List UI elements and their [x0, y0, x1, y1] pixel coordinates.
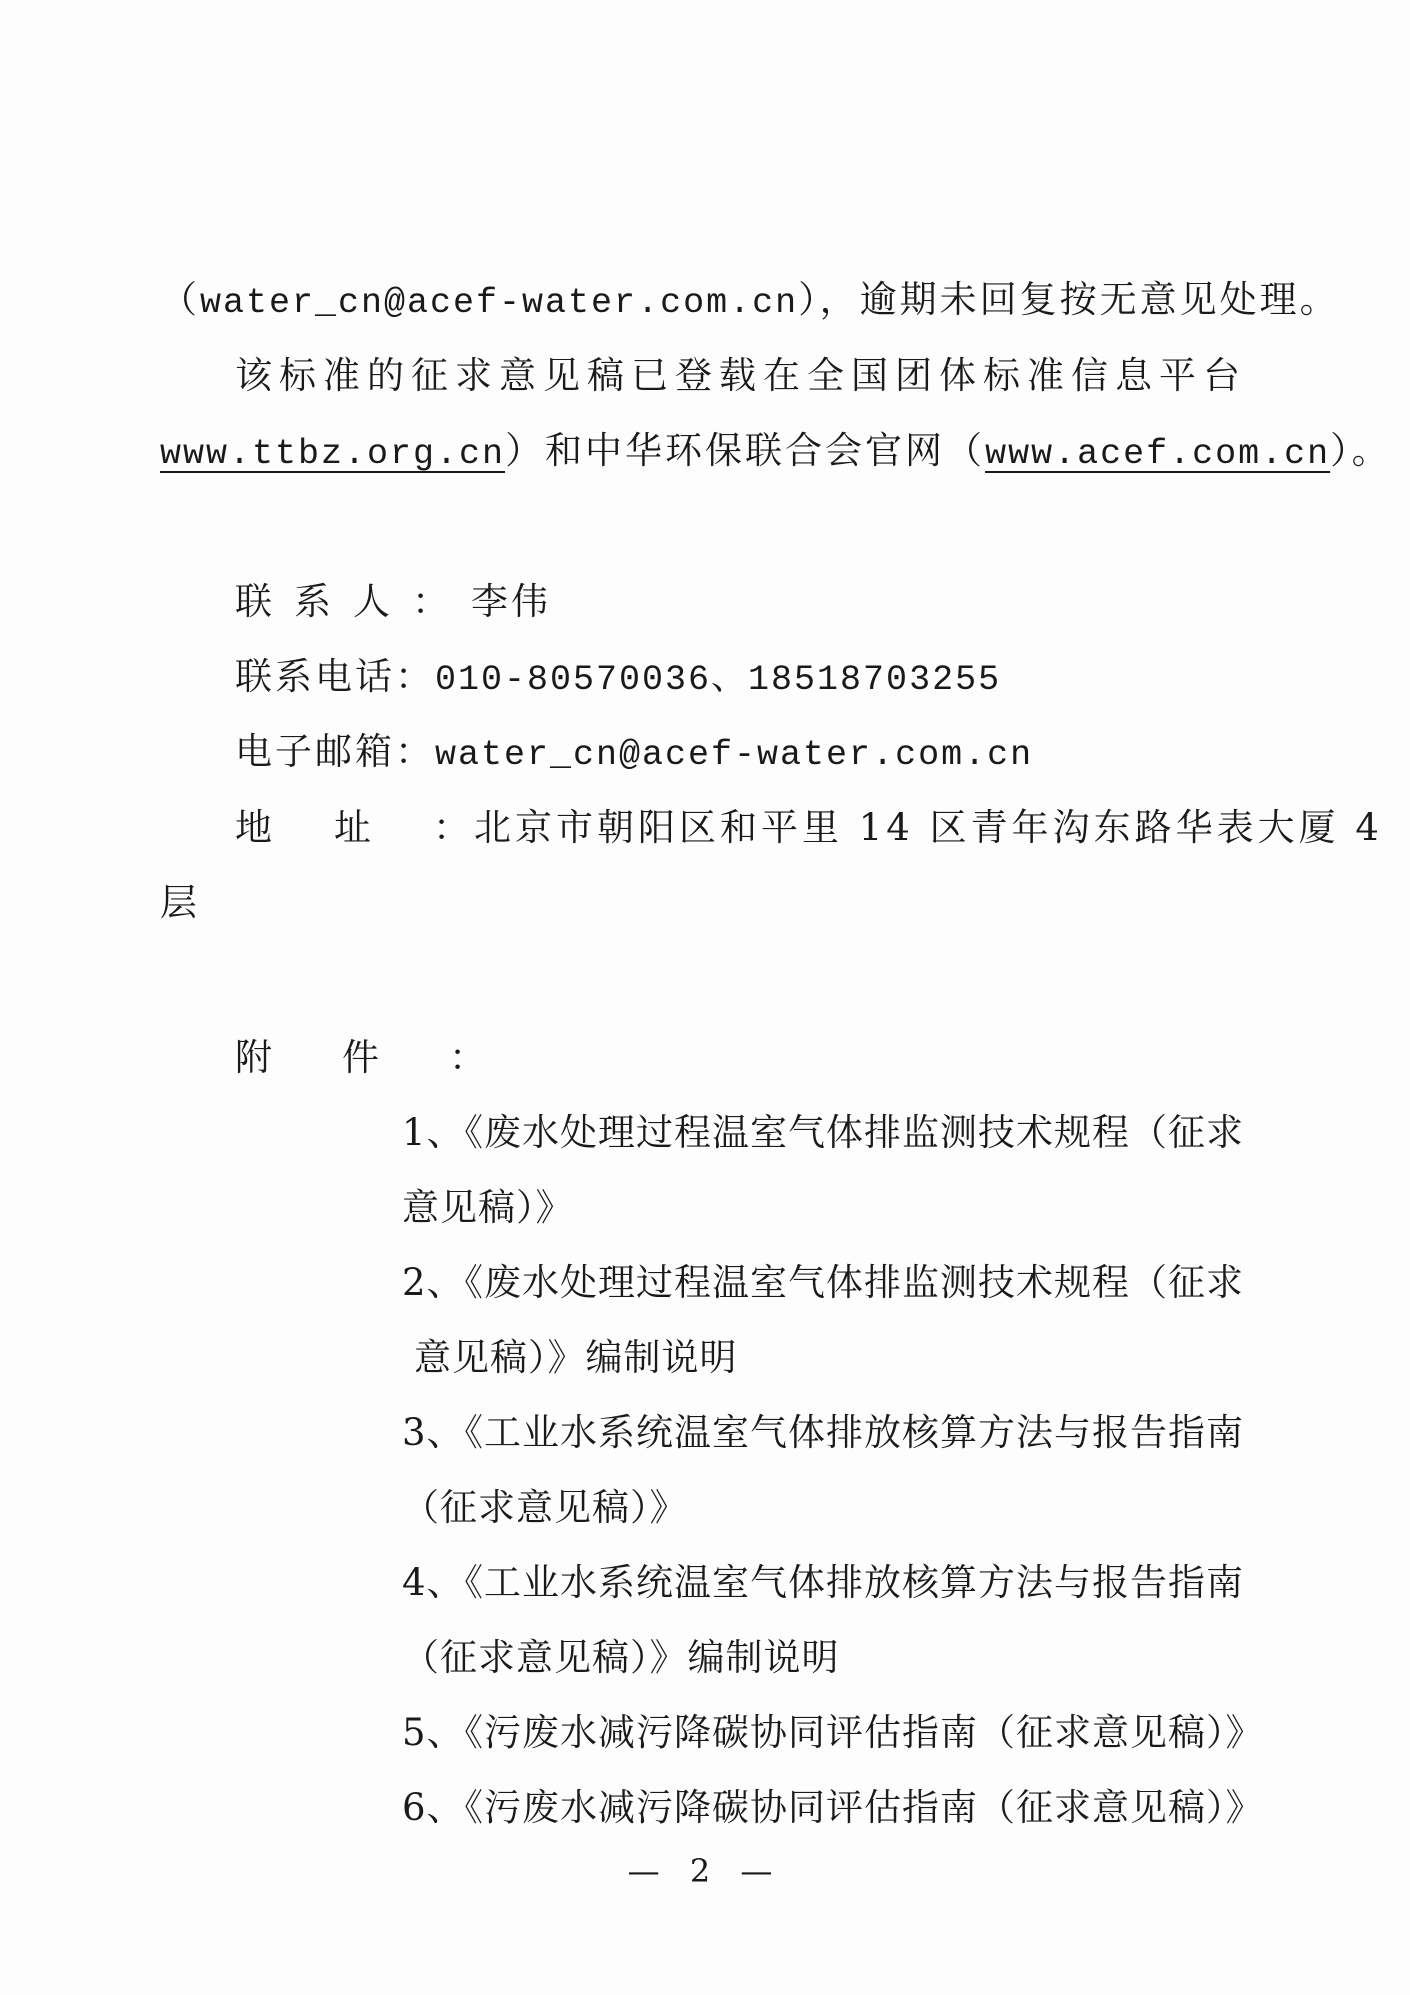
contact-person-line: 联系人：李伟: [235, 578, 551, 626]
contact-email-value: water_cn@acef-water.com.cn: [435, 735, 1033, 775]
attachment-item-2-line1: 2、《废水处理过程温室气体排监测技术规程（征求: [402, 1259, 1244, 1307]
contact-address-value: 北京市朝阳区和平里 14 区青年沟东路华表大厦 4: [474, 806, 1383, 849]
attachment-item-1-line1: 1、《废水处理过程温室气体排监测技术规程（征求: [402, 1109, 1244, 1157]
attachment-item-4-line1: 4、《工业水系统温室气体排放核算方法与报告指南: [402, 1559, 1244, 1607]
platform-paragraph-line2: www.ttbz.org.cn）和中华环保联合会官网（www.acef.com.…: [160, 427, 1392, 478]
ttbz-link[interactable]: www.ttbz.org.cn: [160, 434, 505, 474]
attachment-item-5: 5、《污废水减污降碳协同评估指南（征求意见稿）》: [402, 1709, 1264, 1757]
attachment-item-1-line2: 意见稿）》: [402, 1184, 574, 1232]
paragraph-end-text: ），逾期未回复按无意见处理。: [798, 278, 1340, 321]
contact-phone-value: 010-80570036、18518703255: [435, 660, 1001, 700]
attachment-item-3-line1: 3、《工业水系统温室气体排放核算方法与报告指南: [402, 1409, 1244, 1457]
contact-person-name: 李伟: [471, 580, 551, 623]
attachment-item-3-line2: （征求意见稿）》: [402, 1484, 688, 1532]
contact-address-line: 地址：北京市朝阳区和平里 14 区青年沟东路华表大厦 4: [235, 804, 1383, 852]
paragraph-end-line: （water_cn@acef-water.com.cn），逾期未回复按无意见处理…: [160, 276, 1340, 327]
contact-address-line-continued: 层: [160, 879, 200, 927]
attachment-item-6: 6、《污废水减污降碳协同评估指南（征求意见稿）》: [402, 1784, 1264, 1832]
contact-phone-line: 联系电话：010-80570036、18518703255: [235, 653, 1001, 704]
contact-phone-label: 联系电话：: [235, 653, 435, 701]
feedback-email: water_cn@acef-water.com.cn: [200, 283, 798, 323]
contact-email-label: 电子邮箱：: [235, 728, 435, 776]
attachment-item-2-line2: 意见稿）》编制说明: [414, 1334, 738, 1382]
attachment-item-4-line2: （征求意见稿）》编制说明: [402, 1634, 840, 1682]
platform-end-text: ）。: [1330, 429, 1392, 472]
page-number: — 2 —: [0, 1852, 1410, 1890]
contact-email-line: 电子邮箱：water_cn@acef-water.com.cn: [235, 728, 1033, 779]
acef-link[interactable]: www.acef.com.cn: [985, 434, 1330, 474]
platform-middle-text: ）和中华环保联合会官网（: [505, 429, 985, 472]
platform-paragraph-line1: 该标准的征求意见稿已登载在全国团体标准信息平台: [235, 352, 1247, 400]
contact-person-label: 联系人：: [235, 578, 471, 626]
open-paren: （: [160, 278, 200, 321]
document-page: （water_cn@acef-water.com.cn），逾期未回复按无意见处理…: [0, 0, 1410, 1995]
attachments-heading: 附件：: [235, 1034, 556, 1082]
